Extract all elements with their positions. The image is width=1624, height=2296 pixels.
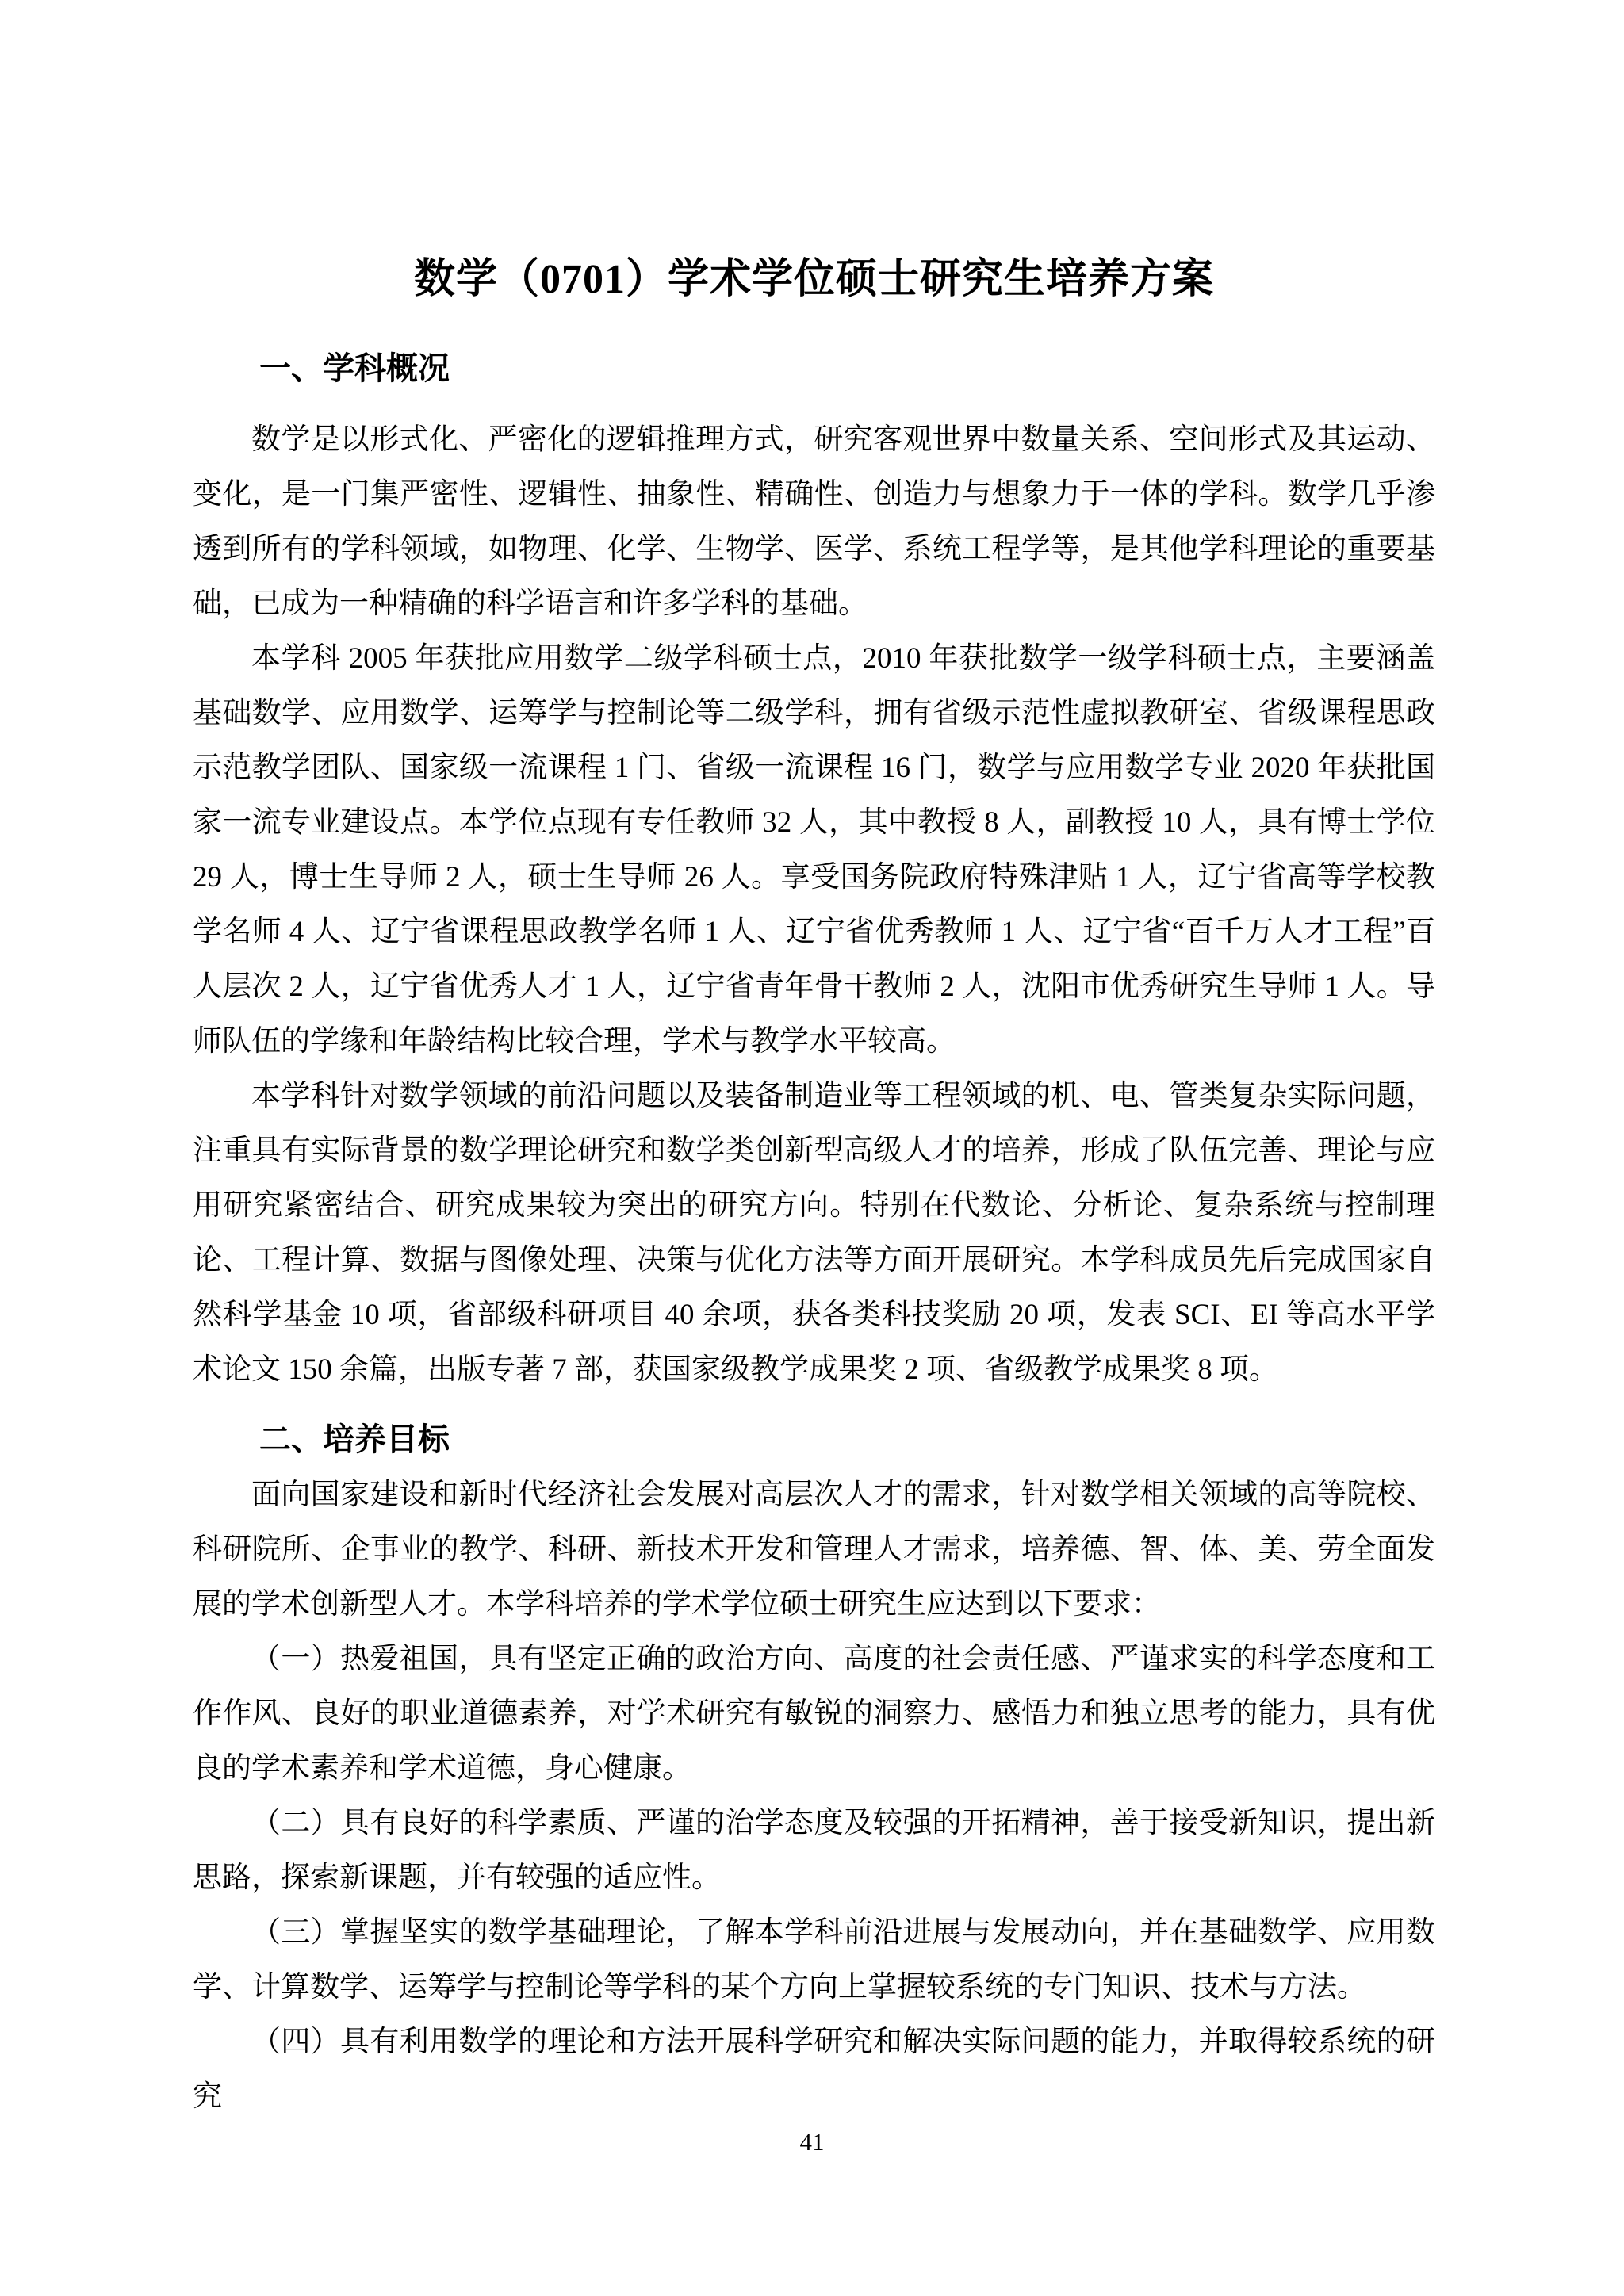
paragraph-item-1: （一）热爱祖国，具有坚定正确的政治方向、高度的社会责任感、严谨求实的科学态度和工… bbox=[193, 1632, 1435, 1796]
document-page: 数学（0701）学术学位硕士研究生培养方案 一、学科概况 数学是以形式化、严密化… bbox=[0, 0, 1624, 2296]
paragraph: 本学科针对数学领域的前沿问题以及装备制造业等工程领域的机、电、管类复杂实际问题，… bbox=[193, 1069, 1435, 1397]
paragraph: 面向国家建设和新时代经济社会发展对高层次人才的需求，针对数学相关领域的高等院校、… bbox=[193, 1468, 1435, 1632]
page-number: 41 bbox=[0, 2126, 1624, 2158]
section-heading-training-objectives: 二、培养目标 bbox=[193, 1415, 1435, 1464]
paragraph-item-4: （四）具有利用数学的理论和方法开展科学研究和解决实际问题的能力，并取得较系统的研… bbox=[193, 2015, 1435, 2124]
paragraph-item-3: （三）掌握坚实的数学基础理论，了解本学科前沿进展与发展动向，并在基础数学、应用数… bbox=[193, 1905, 1435, 2015]
paragraph-item-2: （二）具有良好的科学素质、严谨的治学态度及较强的开拓精神，善于接受新知识，提出新… bbox=[193, 1796, 1435, 1905]
section-heading-discipline-overview: 一、学科概况 bbox=[193, 344, 1435, 393]
page-content: 数学（0701）学术学位硕士研究生培养方案 一、学科概况 数学是以形式化、严密化… bbox=[193, 0, 1435, 2124]
page-title: 数学（0701）学术学位硕士研究生培养方案 bbox=[193, 252, 1435, 308]
paragraph: 本学科 2005 年获批应用数学二级学科硕士点，2010 年获批数学一级学科硕士… bbox=[193, 631, 1435, 1069]
paragraph: 数学是以形式化、严密化的逻辑推理方式，研究客观世界中数量关系、空间形式及其运动、… bbox=[193, 412, 1435, 631]
